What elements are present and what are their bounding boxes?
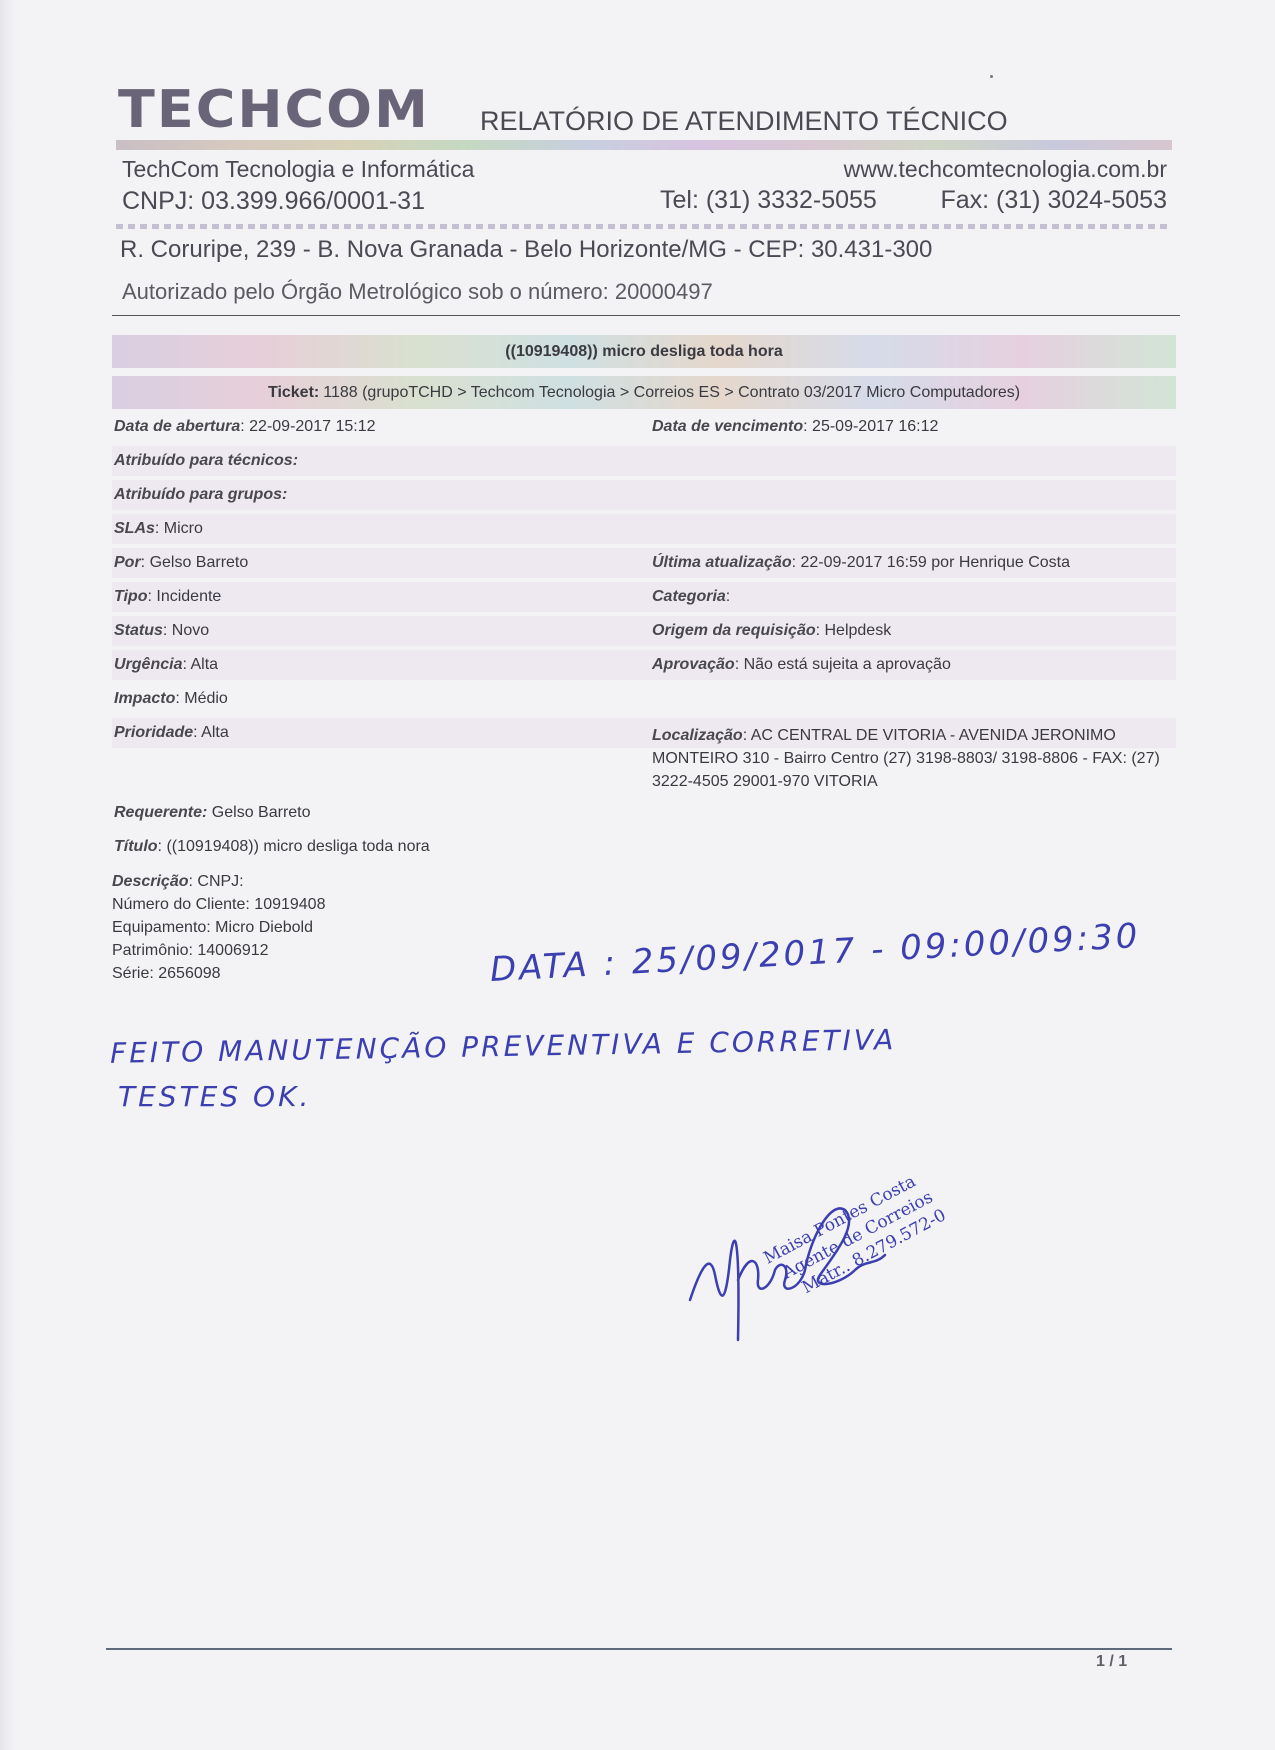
field-label: Requerente:	[114, 804, 207, 821]
description-line: Número do Cliente: 10919408	[112, 893, 325, 916]
ticket-title-band: ((10919408)) micro desliga toda hora	[112, 335, 1176, 368]
field-label: Última atualização	[652, 554, 792, 571]
field-value: Não está sujeita a aprovação	[744, 656, 951, 673]
field-separator: :	[743, 727, 751, 744]
ticket-path: 1188 (grupoTCHD > Techcom Tecnologia > C…	[323, 384, 1020, 402]
ticket-field: Prioridade: Alta	[114, 724, 229, 742]
ticket-field: Data de vencimento: 25-09-2017 16:12	[652, 418, 938, 436]
description-line: Patrimônio: 14006912	[112, 939, 325, 962]
field-separator: :	[735, 656, 744, 673]
titulo-field: Título: ((10919408)) micro desliga toda …	[114, 838, 430, 856]
report-title: RELATÓRIO DE ATENDIMENTO TÉCNICO	[480, 106, 1008, 137]
ticket-field: SLAs: Micro	[114, 520, 203, 538]
field-label: Urgência	[114, 656, 182, 673]
field-value: Incidente	[156, 588, 221, 605]
field-label: Data de abertura	[114, 418, 240, 435]
ticket-field: Por: Gelso Barreto	[114, 554, 248, 572]
field-value: Médio	[184, 690, 228, 707]
field-label: Localização	[652, 727, 743, 744]
company-cnpj: CNPJ: 03.399.966/0001-31	[122, 187, 425, 216]
field-value: 22-09-2017 16:59 por Henrique Costa	[801, 554, 1071, 571]
field-value: Gelso Barreto	[207, 804, 310, 821]
field-separator: :	[141, 554, 150, 571]
company-fax: Fax: (31) 3024-5053	[940, 186, 1167, 215]
field-label: Por	[114, 554, 141, 571]
field-label: Impacto	[114, 690, 175, 707]
footer-rule	[106, 1648, 1172, 1650]
ticket-field: Categoria:	[652, 588, 730, 606]
field-separator: :	[175, 690, 184, 707]
row-background	[112, 514, 1176, 544]
page-number: 1 / 1	[1096, 1653, 1127, 1671]
ticket-field: Data de abertura: 22-09-2017 15:12	[114, 418, 375, 436]
ticket-field: Status: Novo	[114, 622, 209, 640]
company-website: www.techcomtecnologia.com.br	[844, 156, 1167, 183]
field-label: Prioridade	[114, 724, 193, 741]
row-background	[112, 616, 1176, 646]
field-label: Atribuído para técnicos:	[114, 452, 298, 469]
handwritten-note: TESTES OK.	[118, 1080, 311, 1113]
ticket-field: Atribuído para grupos:	[114, 486, 287, 504]
field-value: Novo	[172, 622, 209, 639]
field-value: Helpdesk	[825, 622, 892, 639]
header-rule	[112, 315, 1180, 316]
field-value: : ((10919408)) micro desliga toda nora	[158, 838, 430, 855]
ticket-field: Origem da requisição: Helpdesk	[652, 622, 891, 640]
ticket-field: Aprovação: Não está sujeita a aprovação	[652, 656, 951, 674]
field-value: Micro	[164, 520, 203, 537]
field-separator: :	[816, 622, 825, 639]
description-block: Descrição: CNPJ: Número do Cliente: 1091…	[112, 870, 325, 985]
ticket-field: Localização: AC CENTRAL DE VITORIA - AVE…	[652, 724, 1172, 793]
field-value: : CNPJ:	[189, 873, 244, 890]
row-background	[112, 650, 1176, 680]
field-label: Origem da requisição	[652, 622, 816, 639]
field-separator: :	[792, 554, 801, 571]
field-label: SLAs	[114, 520, 155, 537]
description-line: Equipamento: Micro Diebold	[112, 916, 325, 939]
ticket-field: Última atualização: 22-09-2017 16:59 por…	[652, 554, 1070, 572]
field-value: 22-09-2017 15:12	[249, 418, 375, 435]
handwritten-date: DATA : 25/09/2017 - 09:00/09:30	[489, 916, 1141, 990]
company-name: TechCom Tecnologia e Informática	[122, 156, 474, 183]
field-label: Data de vencimento	[652, 418, 803, 435]
field-separator: :	[803, 418, 812, 435]
header-divider	[116, 140, 1172, 150]
description-line: Série: 2656098	[112, 962, 325, 985]
field-value: Alta	[190, 656, 218, 673]
ticket-title: ((10919408)) micro desliga toda hora	[505, 343, 782, 361]
field-label: Aprovação	[652, 656, 735, 673]
row-background	[112, 582, 1176, 612]
ticket-field: Atribuído para técnicos:	[114, 452, 298, 470]
dotted-divider	[116, 224, 1172, 229]
field-value: Alta	[201, 724, 229, 741]
field-separator: :	[240, 418, 249, 435]
company-address: R. Coruripe, 239 - B. Nova Granada - Bel…	[120, 236, 932, 264]
field-separator: :	[155, 520, 164, 537]
field-label: Descrição	[112, 873, 189, 890]
field-label: Título	[114, 838, 158, 855]
scan-speck	[990, 75, 993, 78]
field-label: Atribuído para grupos:	[114, 486, 287, 503]
ticket-path-band: Ticket: 1188 (grupoTCHD > Techcom Tecnol…	[112, 376, 1176, 409]
requester-field: Requerente: Gelso Barreto	[114, 804, 311, 822]
authorization-note: Autorizado pelo Órgão Metrológico sob o …	[122, 279, 713, 305]
field-separator: :	[726, 588, 730, 605]
ticket-label: Ticket:	[268, 384, 319, 402]
field-label: Tipo	[114, 588, 147, 605]
field-value: Gelso Barreto	[150, 554, 249, 571]
field-value: 25-09-2017 16:12	[812, 418, 938, 435]
field-separator: :	[163, 622, 172, 639]
handwritten-note: FEITO MANUTENÇÃO PREVENTIVA E CORRETIVA	[110, 1023, 897, 1070]
field-separator: :	[193, 724, 201, 741]
field-label: Status	[114, 622, 163, 639]
ticket-field: Tipo: Incidente	[114, 588, 221, 606]
company-phone: Tel: (31) 3332-5055	[660, 186, 877, 215]
techcom-logo: TECHCOM	[118, 82, 430, 139]
field-label: Categoria	[652, 588, 726, 605]
scan-edge	[0, 0, 14, 1750]
ticket-field: Urgência: Alta	[114, 656, 218, 674]
ticket-field: Impacto: Médio	[114, 690, 228, 708]
